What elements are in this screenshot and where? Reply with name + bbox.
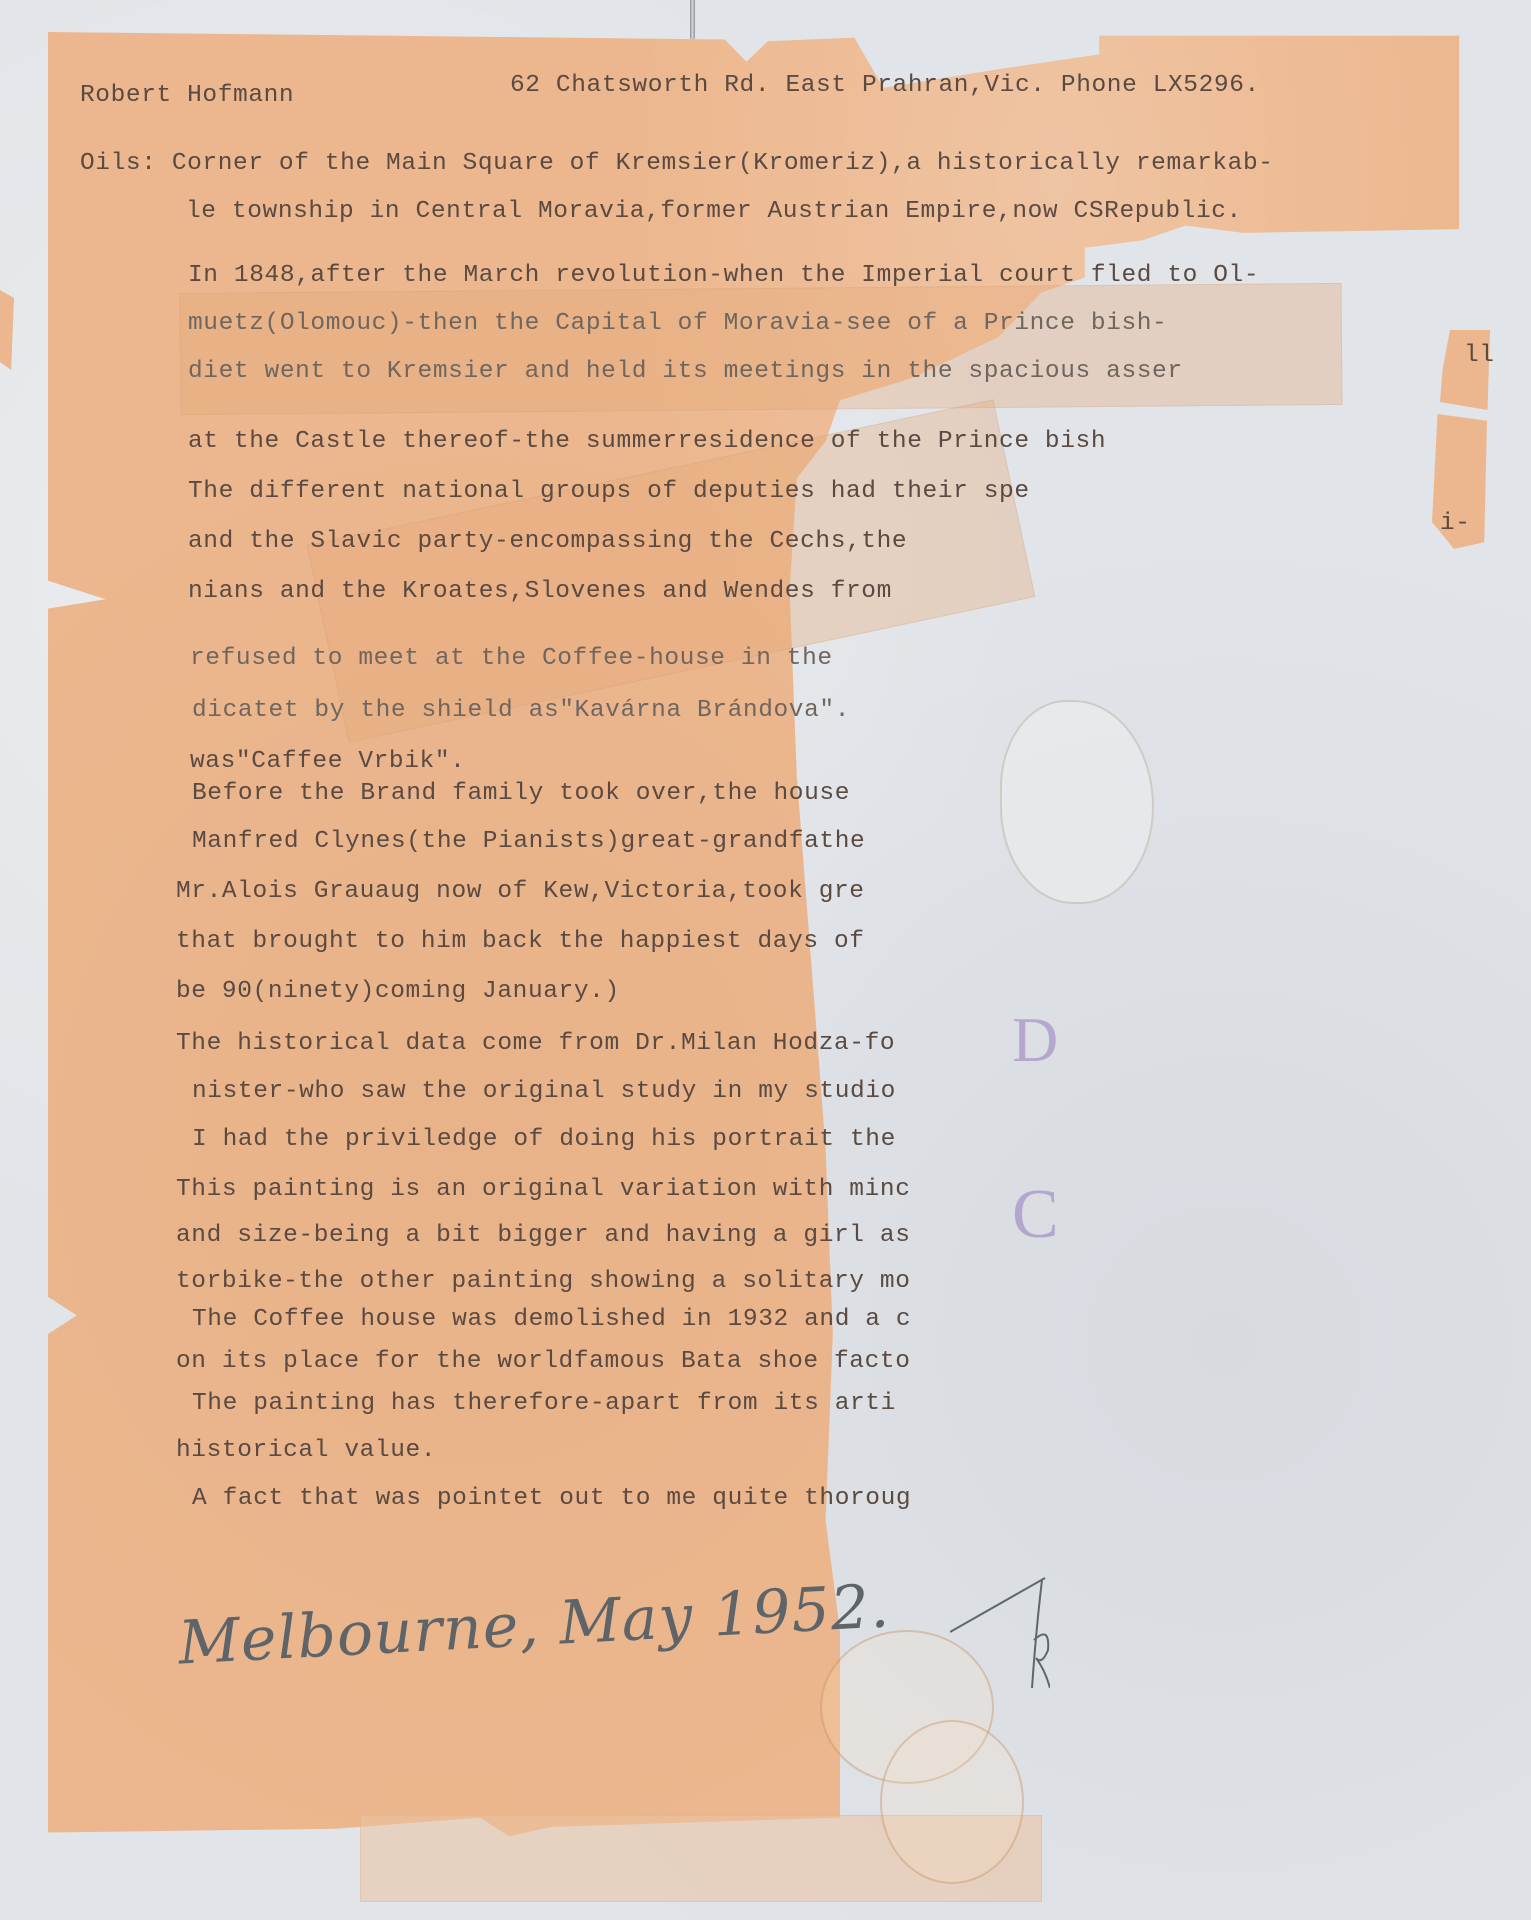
typed-line: I had the priviledge of doing his portra… — [192, 1126, 896, 1153]
typed-line: was"Caffee Vrbik". — [190, 748, 465, 775]
typed-line: This painting is an original variation w… — [176, 1176, 911, 1203]
mounting-pin — [690, 0, 695, 40]
typed-line: muetz(Olomouc)-then the Capital of Morav… — [188, 310, 1167, 337]
signature-stroke — [950, 1570, 1050, 1700]
purple-stamp-letter: C — [1012, 1180, 1059, 1250]
typed-line: le township in Central Moravia,former Au… — [186, 198, 1242, 225]
edge-fragment-text: i- — [1440, 510, 1471, 537]
typed-line: nister-who saw the original study in my … — [192, 1078, 896, 1105]
typed-line: In 1848,after the March revolution-when … — [188, 262, 1259, 289]
typed-line: torbike-the other painting showing a sol… — [176, 1268, 911, 1295]
typed-line: nians and the Kroates,Slovenes and Wende… — [188, 578, 892, 605]
typed-line: be 90(ninety)coming January.) — [176, 978, 620, 1005]
typed-line: Manfred Clynes(the Pianists)great-grandf… — [192, 828, 865, 855]
typed-line: refused to meet at the Coffee-house in t… — [190, 645, 833, 672]
typed-line: that brought to him back the happiest da… — [176, 928, 865, 955]
typed-line: A fact that was pointet out to me quite … — [192, 1485, 911, 1512]
typed-line: on its place for the worldfamous Bata sh… — [176, 1348, 911, 1375]
typed-line: historical value. — [176, 1437, 436, 1464]
typed-line: The painting has therefore-apart from it… — [192, 1390, 896, 1417]
adhesive-tape-strip — [179, 283, 1342, 415]
typed-line: Mr.Alois Grauaug now of Kew,Victoria,too… — [176, 878, 865, 905]
typed-line: The historical data come from Dr.Milan H… — [176, 1030, 895, 1057]
water-stain — [880, 1720, 1024, 1884]
typed-line: The different national groups of deputie… — [188, 478, 1030, 505]
typed-line: and the Slavic party-encompassing the Ce… — [188, 528, 907, 555]
purple-stamp-letter: D — [1012, 1008, 1058, 1072]
typed-line: at the Castle thereof-the summerresidenc… — [188, 428, 1106, 455]
author-name: Robert Hofmann — [80, 82, 294, 109]
typed-line: The Coffee house was demolished in 1932 … — [192, 1306, 911, 1333]
typed-line: Oils: Corner of the Main Square of Krems… — [80, 150, 1274, 177]
typed-line: dicatet by the shield as"Kavárna Brándov… — [192, 697, 850, 724]
author-address: 62 Chatsworth Rd. East Prahran,Vic. Phon… — [510, 72, 1260, 99]
edge-fragment-text: ll — [1464, 342, 1495, 369]
typed-line: and size-being a bit bigger and having a… — [176, 1222, 911, 1249]
typed-line: diet went to Kremsier and held its meeti… — [188, 358, 1183, 385]
typed-line: Before the Brand family took over,the ho… — [192, 780, 850, 807]
